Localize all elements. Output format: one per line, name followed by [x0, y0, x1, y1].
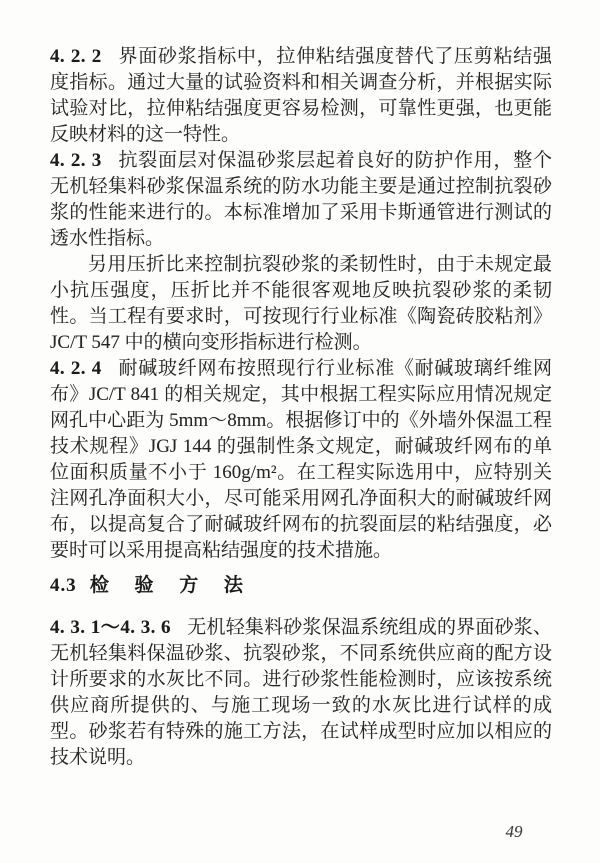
section-heading-number: 4.3: [50, 575, 77, 596]
clause-number: 4. 2. 2: [50, 46, 102, 67]
clause-text: 抗裂面层对保温砂浆层起着良好的防护作用，整个无机轻集料砂浆保温系统的防水功能主要…: [50, 150, 552, 249]
paragraph-4-2-4: 4. 2. 4耐碱玻纤网布按照现行行业标准《耐碱玻璃纤维网布》JC/T 841 …: [50, 356, 552, 564]
clause-text: 耐碱玻纤网布按照现行行业标准《耐碱玻璃纤维网布》JC/T 841 的相关规定，其…: [50, 358, 552, 561]
document-page: 4. 2. 2界面砂浆指标中，拉伸粘结强度替代了压剪粘结强度指标。通过大量的试验…: [0, 0, 600, 863]
clause-number: 4. 2. 4: [50, 358, 102, 379]
page-number: 49: [494, 822, 534, 842]
paragraph-continuation: 另用压折比来控制抗裂砂浆的柔韧性时，由于未规定最小抗压强度，压折比并不能很客观地…: [50, 252, 552, 356]
paragraph-4-2-2: 4. 2. 2界面砂浆指标中，拉伸粘结强度替代了压剪粘结强度指标。通过大量的试验…: [50, 44, 552, 148]
paragraph-4-2-3: 4. 2. 3抗裂面层对保温砂浆层起着良好的防护作用，整个无机轻集料砂浆保温系统…: [50, 148, 552, 252]
clause-text: 另用压折比来控制抗裂砂浆的柔韧性时，由于未规定最小抗压强度，压折比并不能很客观地…: [50, 254, 552, 353]
clause-text: 界面砂浆指标中，拉伸粘结强度替代了压剪粘结强度指标。通过大量的试验资料和相关调查…: [50, 46, 552, 145]
paragraph-4-3-1-to-4-3-6: 4. 3. 1～4. 3. 6无机轻集料砂浆保温系统组成的界面砂浆、无机轻集料保…: [50, 615, 552, 771]
section-heading-4-3: 4.3检 验 方 法: [50, 573, 552, 599]
document-body: 4. 2. 2界面砂浆指标中，拉伸粘结强度替代了压剪粘结强度指标。通过大量的试验…: [50, 44, 552, 771]
clause-number: 4. 2. 3: [50, 150, 102, 171]
section-heading-title: 检 验 方 法: [90, 575, 253, 596]
clause-text: 无机轻集料砂浆保温系统组成的界面砂浆、无机轻集料保温砂浆、抗裂砂浆，不同系统供应…: [50, 617, 552, 768]
clause-number: 4. 3. 1～4. 3. 6: [50, 617, 171, 638]
